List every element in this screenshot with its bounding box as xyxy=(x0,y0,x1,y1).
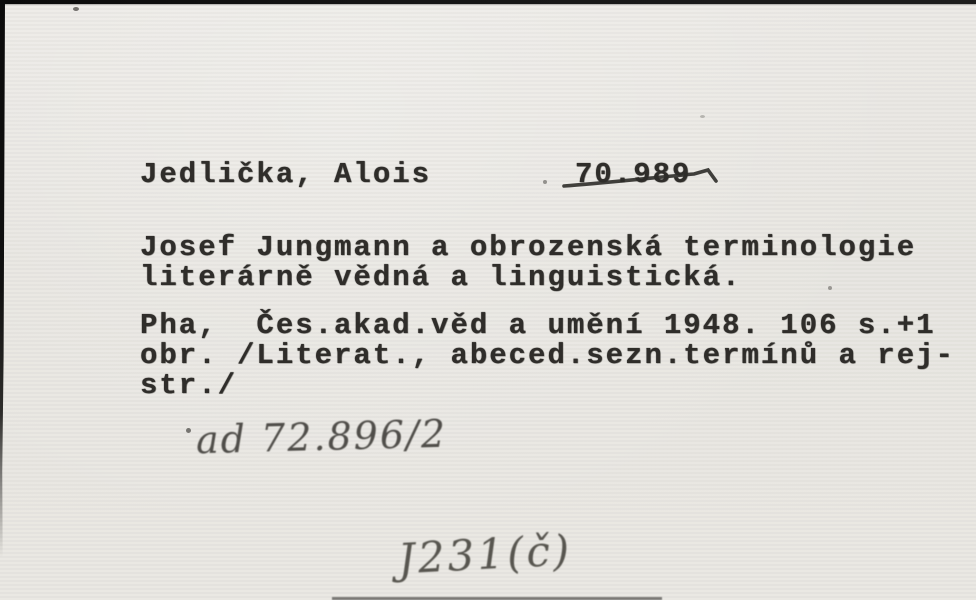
author-heading: Jedlička, Alois xyxy=(140,160,431,190)
catalog-card: Jedlička, Alois 70.989 Josef Jungmann a … xyxy=(0,0,976,600)
handwritten-addition-note: ad 72.896/2 xyxy=(195,412,447,463)
paper-speckle xyxy=(73,7,79,11)
title-line: Josef Jungmann a obrozenská terminologie xyxy=(140,233,916,263)
scan-edge-left xyxy=(0,0,5,575)
title-line: literárně vědná a linguistická. xyxy=(140,263,742,293)
handwritten-call-number: J231(č) xyxy=(397,525,574,583)
scan-edge-top xyxy=(0,0,976,4)
imprint-line: str./ xyxy=(140,371,237,401)
strikethrough-pen-mark xyxy=(560,162,730,198)
imprint-line: obr. /Literat., abeced.sezn.termínů a re… xyxy=(140,341,955,371)
paper-speckle xyxy=(543,180,547,184)
paper-speckle xyxy=(186,428,191,433)
paper-speckle xyxy=(700,115,705,118)
imprint-line: Pha, Čes.akad.věd a umění 1948. 106 s.+1 xyxy=(140,311,936,341)
paper-speckle xyxy=(828,286,832,290)
